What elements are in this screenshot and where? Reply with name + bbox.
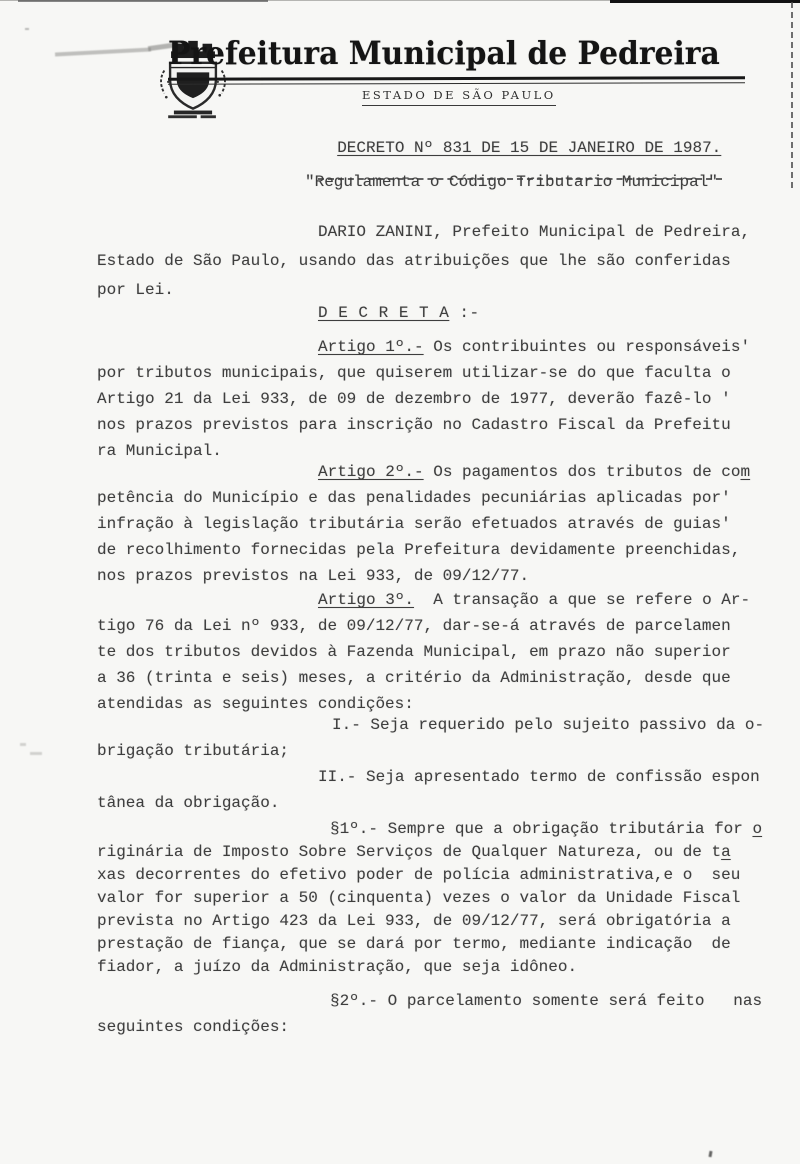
masthead-rule-thin <box>168 82 745 85</box>
text-line: fiador, a juízo da Administração, que se… <box>97 956 777 979</box>
state-subtitle: ESTADO DE SÃO PAULO <box>362 88 556 106</box>
ink-smudge <box>20 743 26 746</box>
text-line: D E C R E T A :- <box>97 300 777 326</box>
paragraph-decreta: D E C R E T A :- <box>97 300 777 326</box>
ink-smudge <box>709 1151 713 1157</box>
text-line: Artigo 3º. A transação a que se refere o… <box>97 587 777 613</box>
text-line: xas decorrentes do efetivo poder de polí… <box>97 864 777 887</box>
text-line: de recolhimento fornecidas pela Prefeitu… <box>97 537 777 563</box>
text-line: §1º.- Sempre que a obrigação tributária … <box>97 818 777 841</box>
paragraph-item1: I.- Seja requerido pelo sujeito passivo … <box>97 712 777 764</box>
text-line: prevista no Artigo 423 da Lei 933, de 09… <box>97 910 777 933</box>
text-line: tânea da obrigação. <box>97 790 777 816</box>
scan-top-edge-dark <box>610 0 800 3</box>
paragraph-art3: Artigo 3º. A transação a que se refere o… <box>97 587 777 717</box>
scan-top-edge-mid <box>18 0 268 2</box>
text-line: te dos tributos devidos à Fazenda Munici… <box>97 639 777 665</box>
text-line: Estado de São Paulo, usando das atribuiç… <box>97 247 777 276</box>
text-line: valor for superior a 50 (cinquenta) veze… <box>97 887 777 910</box>
text-line: Artigo 1º.- Os contribuintes ou responsá… <box>97 334 777 360</box>
text-line: por tributos municipais, que quiserem ut… <box>97 360 777 386</box>
text-line: §2º.- O parcelamento somente será feito … <box>97 988 777 1014</box>
text-line: petência do Município e das penalidades … <box>97 485 777 511</box>
text-line: nos prazos previstos para inscrição no C… <box>97 412 777 438</box>
paragraph-art1: Artigo 1º.- Os contribuintes ou responsá… <box>97 334 777 464</box>
paragraph-preamble: DARIO ZANINI, Prefeito Municipal de Pedr… <box>97 218 777 305</box>
text-line: Artigo 21 da Lei 933, de 09 de dezembro … <box>97 386 777 412</box>
paragraph-p1: §1º.- Sempre que a obrigação tributária … <box>97 818 777 979</box>
ink-smudge <box>25 28 29 30</box>
text-line: infração à legislação tributária serão e… <box>97 511 777 537</box>
ink-smudge <box>55 47 151 56</box>
paragraph-p2: §2º.- O parcelamento somente será feito … <box>97 988 777 1040</box>
text-line: seguintes condições: <box>97 1014 777 1040</box>
paragraph-art2: Artigo 2º.- Os pagamentos dos tributos d… <box>97 459 777 589</box>
scan-right-dashed-line <box>791 2 793 188</box>
text-line: prestação de fiança, que se dará por ter… <box>97 933 777 956</box>
text-line: DARIO ZANINI, Prefeito Municipal de Pedr… <box>97 218 777 247</box>
decree-title-text: DECRETO Nº 831 DE 15 DE JANEIRO DE 1987. <box>337 139 721 157</box>
text-line: a 36 (trinta e seis) meses, a critério d… <box>97 665 777 691</box>
masthead-rule-thick <box>168 76 745 81</box>
text-line: tigo 76 da Lei nº 933, de 09/12/77, dar-… <box>97 613 777 639</box>
text-line: I.- Seja requerido pelo sujeito passivo … <box>97 712 777 738</box>
text-line: nos prazos previstos na Lei 933, de 09/1… <box>97 563 777 589</box>
page-title: Prefeitura Municipal de Pedreira <box>168 34 726 72</box>
text-line: Artigo 2º.- Os pagamentos dos tributos d… <box>97 459 777 485</box>
paragraph-item2: II.- Seja apresentado termo de confissão… <box>97 764 777 816</box>
text-line: brigação tributária; <box>97 738 777 764</box>
decree-epigraph: "Regulamenta o Código Tributario Municip… <box>305 173 718 191</box>
ink-smudge <box>30 752 42 755</box>
scanned-decree-page: { "header": { "title": "Prefeitura Munic… <box>0 0 800 1164</box>
text-line: riginária de Imposto Sobre Serviços de Q… <box>97 841 777 864</box>
text-line: II.- Seja apresentado termo de confissão… <box>97 764 777 790</box>
